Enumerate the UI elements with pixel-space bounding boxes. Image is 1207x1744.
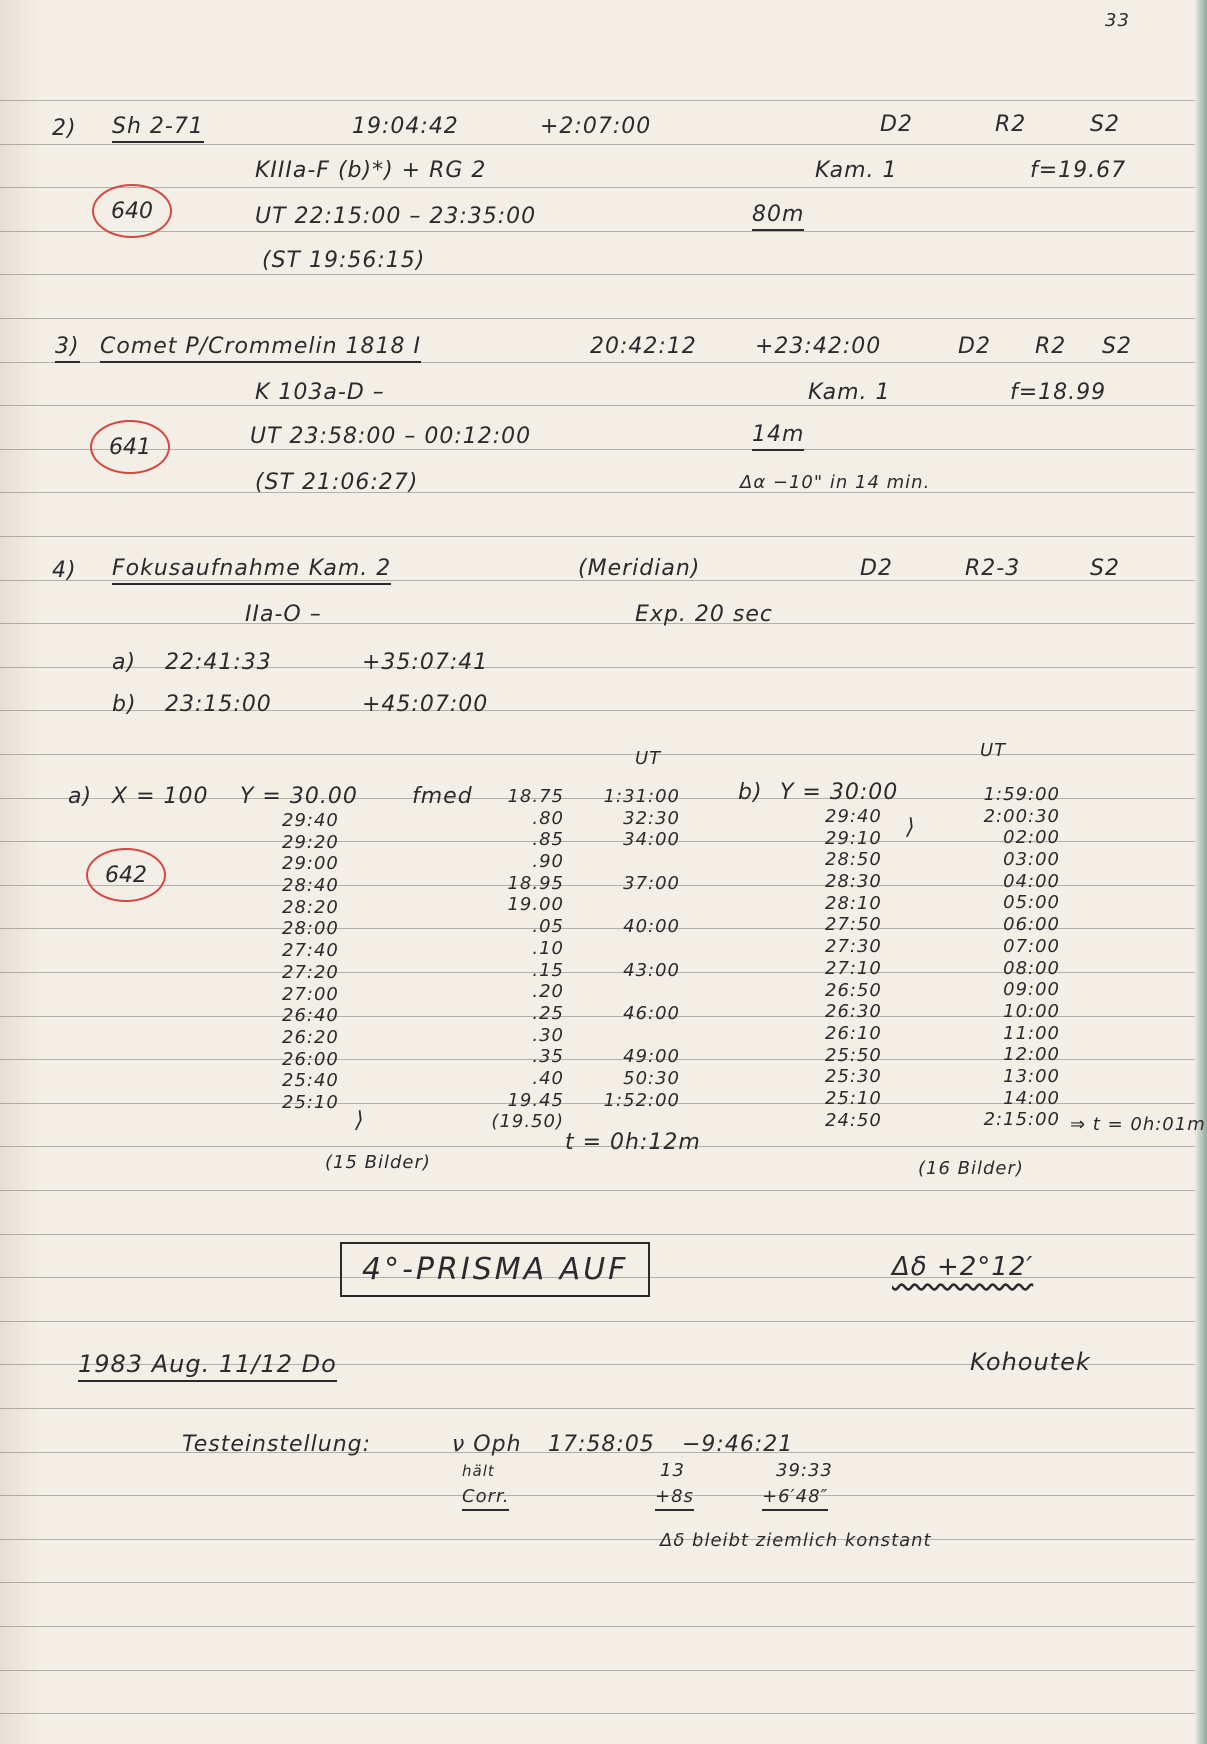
focus-title: Fokusaufnahme Kam. 2 (112, 556, 391, 585)
star-dec: −9:46:21 (682, 1432, 793, 1457)
right-ascension: 20:42:12 (590, 334, 697, 359)
table-cell: 46:00 (580, 1003, 680, 1025)
bracket-mark: ⟩ (355, 1108, 365, 1133)
table-cell: 28:50 (825, 849, 882, 871)
ruled-line (0, 1190, 1195, 1191)
table-cell: 06:00 (940, 914, 1060, 936)
ruled-line (0, 754, 1195, 755)
ruled-line (0, 536, 1195, 537)
exposure-time: Exp. 20 sec (635, 602, 773, 627)
table-cell: 29:10 (825, 828, 882, 850)
table-cell: 27:00 (282, 984, 339, 1006)
image-count-a: (15 Bilder) (325, 1152, 431, 1173)
quality-d: D2 (860, 556, 893, 581)
y-header: Y = 30:00 (780, 780, 898, 805)
ruled-line (0, 274, 1195, 275)
notebook-page: 33 2) Sh 2-71 19:04:42 +2:07:00 D2 R2 S2… (0, 0, 1207, 1744)
x-setting: X = 100 (112, 784, 208, 809)
table-cell: 26:40 (282, 1005, 339, 1027)
table-cell: 04:00 (940, 871, 1060, 893)
table-cell: 28:30 (825, 871, 882, 893)
ruled-line (0, 1321, 1195, 1322)
observer-name: Kohoutek (970, 1348, 1091, 1376)
ruled-line (0, 187, 1195, 188)
ruled-line (0, 1626, 1195, 1627)
series-a-label: a) (68, 784, 92, 809)
table-cell: 25:50 (825, 1045, 882, 1067)
series-a-ut-column: 1:31:0032:3034:0037:0040:0043:0046:0049:… (580, 786, 680, 1111)
table-cell: 10:00 (940, 1001, 1060, 1023)
table-cell: 1:31:00 (580, 786, 680, 808)
table-cell (580, 1025, 680, 1047)
table-cell: 18.95 (480, 873, 564, 895)
table-cell: 2:15:00 (940, 1109, 1060, 1131)
declination: +23:42:00 (755, 334, 881, 359)
drift-note: Δα −10" in 14 min. (740, 472, 930, 493)
table-cell: .25 (480, 1003, 564, 1025)
table-cell: 49:00 (580, 1046, 680, 1068)
correction-ra: +8s (655, 1486, 694, 1511)
right-ascension: 19:04:42 (352, 114, 459, 139)
position-ra: 22:41:33 (165, 650, 272, 675)
result-b: ⇒ t = 0h:01m (1070, 1114, 1206, 1135)
table-cell: 1:59:00 (940, 784, 1060, 806)
quality-s: S2 (1090, 112, 1120, 137)
table-cell: 28:00 (282, 918, 339, 940)
focus-value: f=18.99 (1010, 380, 1106, 405)
table-cell: 26:30 (825, 1001, 882, 1023)
measured-ra: 13 (660, 1460, 685, 1481)
f-label: fmed (412, 784, 473, 809)
table-cell: 29:00 (282, 853, 339, 875)
table-cell: 05:00 (940, 892, 1060, 914)
plate-number-badge: 641 (90, 420, 170, 474)
ruled-line (0, 144, 1195, 145)
ruled-line (0, 100, 1195, 101)
sidereal-time: (ST 21:06:27) (255, 470, 418, 495)
ruled-line (0, 1670, 1195, 1671)
table-cell (580, 851, 680, 873)
table-cell: 34:00 (580, 829, 680, 851)
ruled-line (0, 1582, 1195, 1583)
table-cell (580, 938, 680, 960)
result-a: t = 0h:12m (565, 1130, 701, 1155)
table-cell: 12:00 (940, 1044, 1060, 1066)
measured-dec: 39:33 (776, 1460, 833, 1481)
object-name: 3) (55, 334, 80, 363)
object-name: Sh 2-71 (112, 114, 204, 143)
table-cell: .20 (480, 981, 564, 1003)
table-cell: 1:52:00 (580, 1090, 680, 1112)
plate-number-badge: 640 (92, 184, 172, 238)
ruled-line (0, 492, 1195, 493)
ut-range: UT 22:15:00 – 23:35:00 (255, 204, 536, 229)
position-dec: +45:07:00 (362, 692, 488, 717)
table-cell: 40:00 (580, 916, 680, 938)
table-cell: 24:50 (825, 1110, 882, 1132)
ut-header-b: UT (980, 740, 1006, 761)
correction-dec: +6′48″ (762, 1486, 828, 1511)
table-cell: 26:10 (825, 1023, 882, 1045)
table-cell: 09:00 (940, 979, 1060, 1001)
table-cell: 27:20 (282, 962, 339, 984)
quality-r: R2 (995, 112, 1026, 137)
table-cell: .30 (480, 1025, 564, 1047)
measured-label: hält (462, 1462, 495, 1480)
plate-emulsion: K 103a-D – (255, 380, 385, 405)
prism-box: 4°-PRISMA AUF (340, 1242, 650, 1297)
camera: Kam. 1 (808, 380, 891, 405)
table-cell: .10 (480, 938, 564, 960)
star-name: ν Oph (452, 1432, 522, 1457)
y-header: Y = 30.00 (240, 784, 358, 809)
table-cell: 19.45 (480, 1090, 564, 1112)
ruled-line (0, 318, 1195, 319)
table-cell: 32:30 (580, 808, 680, 830)
night-date: 1983 Aug. 11/12 Do (78, 1350, 337, 1382)
table-cell: 29:40 (825, 806, 882, 828)
exposure-time: 80m (752, 202, 804, 231)
table-cell: 26:00 (282, 1049, 339, 1071)
series-b-label: b) (738, 780, 763, 805)
plate-emulsion: IIa-O – (245, 602, 322, 627)
table-cell: 29:40 (282, 810, 339, 832)
table-cell: .85 (480, 829, 564, 851)
ruled-line (0, 405, 1195, 406)
sidereal-time: (ST 19:56:15) (262, 248, 425, 273)
table-cell: 18.75 (480, 786, 564, 808)
ut-header-a: UT (635, 748, 661, 769)
table-cell: 19.00 (480, 894, 564, 916)
position-label: b) (112, 692, 137, 717)
plate-number-badge: 642 (86, 848, 166, 902)
ruled-line (0, 449, 1195, 450)
table-cell: 26:20 (282, 1027, 339, 1049)
table-cell: .80 (480, 808, 564, 830)
focus-value: f=19.67 (1030, 158, 1126, 183)
table-cell: 28:10 (825, 893, 882, 915)
position-ra: 23:15:00 (165, 692, 272, 717)
ruled-line (0, 231, 1195, 232)
table-cell: 28:20 (282, 897, 339, 919)
ruled-line (0, 1408, 1195, 1409)
star-ra: 17:58:05 (548, 1432, 655, 1457)
declination: +2:07:00 (540, 114, 651, 139)
series-b-ut-column: 1:59:002:00:3002:0003:0004:0005:0006:000… (940, 784, 1060, 1131)
table-cell: 25:10 (825, 1088, 882, 1110)
quality-d: D2 (958, 334, 991, 359)
table-cell: 07:00 (940, 936, 1060, 958)
quality-r: R2 (1035, 334, 1066, 359)
correction-label: Corr. (462, 1486, 509, 1511)
ruled-line (0, 623, 1195, 624)
table-cell (580, 981, 680, 1003)
quality-d: D2 (880, 112, 913, 137)
ut-range: UT 23:58:00 – 00:12:00 (250, 424, 531, 449)
table-cell: 2:00:30 (940, 806, 1060, 828)
table-cell (580, 894, 680, 916)
table-cell: 27:40 (282, 940, 339, 962)
table-cell: 11:00 (940, 1023, 1060, 1045)
table-cell: 14:00 (940, 1088, 1060, 1110)
position-label: a) (112, 650, 136, 675)
table-cell: 29:20 (282, 832, 339, 854)
ruled-line (0, 1234, 1195, 1235)
table-cell: (19.50) (480, 1111, 564, 1133)
meridian-note: (Meridian) (578, 556, 700, 581)
ruled-line (0, 1495, 1195, 1496)
table-cell: 27:50 (825, 914, 882, 936)
position-dec: +35:07:41 (362, 650, 488, 675)
entry-index: 4) (52, 558, 77, 583)
ruled-line (0, 1713, 1195, 1714)
exposure-time: 14m (752, 422, 804, 451)
page-number: 33 (1105, 10, 1130, 31)
series-a-f-column: 18.75.80.85.9018.9519.00.05.10.15.20.25.… (480, 786, 564, 1133)
prism-delta: Δδ +2°12′ (892, 1252, 1033, 1282)
table-cell: .15 (480, 960, 564, 982)
table-cell: 26:50 (825, 980, 882, 1002)
table-cell: 27:10 (825, 958, 882, 980)
table-cell: 03:00 (940, 849, 1060, 871)
table-cell: 50:30 (580, 1068, 680, 1090)
camera: Kam. 1 (815, 158, 898, 183)
series-a-y-column: 29:4029:2029:0028:4028:2028:0027:4027:20… (282, 810, 339, 1114)
table-cell: 28:40 (282, 875, 339, 897)
table-cell: 43:00 (580, 960, 680, 982)
image-count-b: (16 Bilder) (918, 1158, 1024, 1179)
table-cell: .35 (480, 1046, 564, 1068)
dec-stability-note: Δδ bleibt ziemlich konstant (660, 1530, 932, 1551)
plate-emulsion: KIIIa-F (b)*) + RG 2 (255, 158, 486, 183)
object-name: Comet P/Crommelin 1818 I (100, 334, 421, 363)
series-b-y-column: 29:4029:1028:5028:3028:1027:5027:3027:10… (825, 806, 882, 1131)
table-cell: 25:40 (282, 1070, 339, 1092)
table-cell: 02:00 (940, 827, 1060, 849)
table-cell: 27:30 (825, 936, 882, 958)
page-edge (1195, 0, 1207, 1744)
table-cell: .40 (480, 1068, 564, 1090)
quality-s: S2 (1102, 334, 1132, 359)
table-cell: .05 (480, 916, 564, 938)
ruled-line (0, 1539, 1195, 1540)
table-cell: 13:00 (940, 1066, 1060, 1088)
test-label: Testeinstellung: (182, 1432, 371, 1457)
bracket-mark: ⟩ (906, 815, 916, 840)
table-cell: 25:10 (282, 1092, 339, 1114)
table-cell: 25:30 (825, 1066, 882, 1088)
table-cell: 08:00 (940, 958, 1060, 980)
table-cell: .90 (480, 851, 564, 873)
quality-s: S2 (1090, 556, 1120, 581)
table-cell: 37:00 (580, 873, 680, 895)
quality-r: R2-3 (965, 556, 1020, 581)
entry-index: 2) (52, 116, 77, 141)
